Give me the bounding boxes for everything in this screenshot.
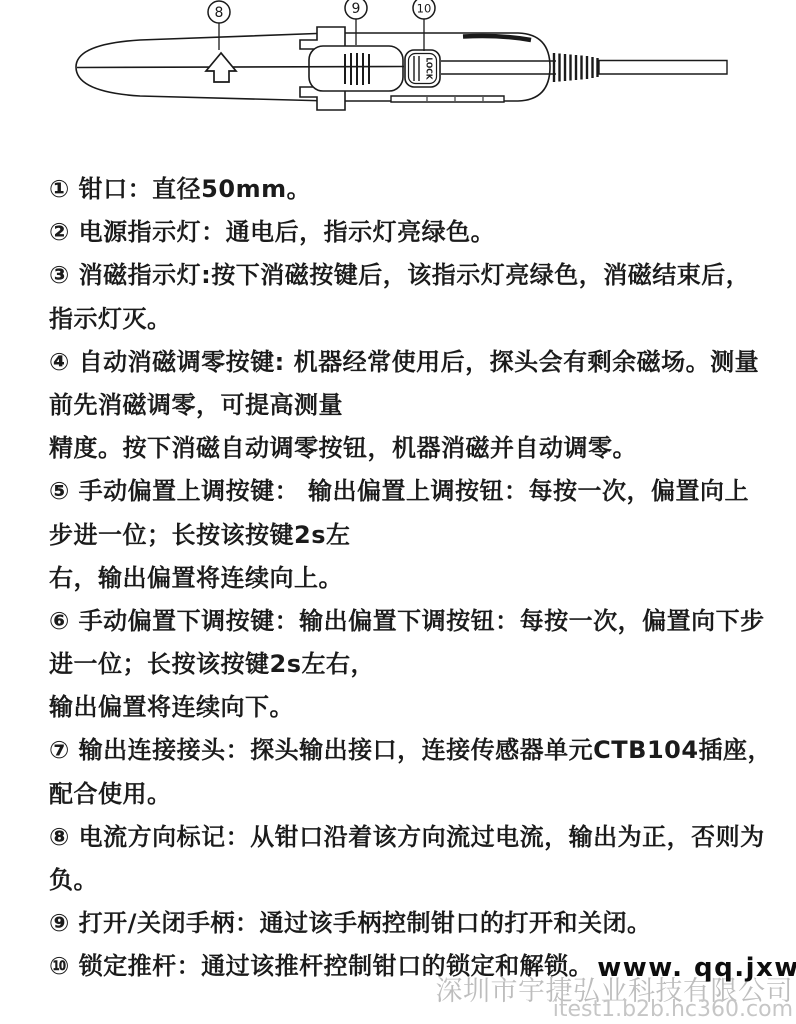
description-line-11: ⑥ 手动偏置下调按键：输出偏置下调按钮：每按一次，偏置向下步	[49, 600, 789, 643]
description-line-8: ⑤ 手动偏置上调按键： 输出偏置上调按钮：每按一次，偏置向上	[49, 470, 789, 513]
description-line-5: ④ 自动消磁调零按键: 机器经常使用后，探头会有剩余磁场。测量	[49, 341, 789, 384]
output-cable	[599, 61, 727, 75]
description-line-9: 步进一位；长按该按键2s左	[49, 514, 789, 557]
description-line-10: 右，输出偏置将连续向上。	[49, 557, 789, 600]
description-line-16: ⑧ 电流方向标记：从钳口沿着该方向流过电流，输出为正，否则为	[49, 816, 789, 859]
watermark-url: www. qq.jxwlw. cn	[597, 953, 796, 983]
description-line-14: ⑦ 输出连接接头：探头输出接口，连接传感器单元CTB104插座，	[49, 729, 789, 772]
bottom-strip	[391, 96, 504, 102]
probe-diagram: LOCK	[0, 0, 796, 140]
watermark-site: itest1.b2b.hc360.com	[553, 997, 793, 1022]
description-line-7: 精度。按下消磁自动调零按钮，机器消磁并自动调零。	[49, 427, 789, 470]
description-line-18: ⑨ 打开/关闭手柄：通过该手柄控制钳口的打开和关闭。	[49, 902, 789, 945]
description-line-12: 进一位；长按该按键2s左右，	[49, 643, 789, 686]
callout-10-number: 10	[417, 2, 432, 16]
description-line-3: ③ 消磁指示灯:按下消磁按键后，该指示灯亮绿色，消磁结束后，	[49, 254, 789, 297]
descriptions-list: ① 钳口：直径50mm。 ② 电源指示灯：通电后，指示灯亮绿色。 ③ 消磁指示灯…	[49, 168, 789, 989]
strain-relief-ribs	[554, 53, 598, 82]
callout-8-number: 8	[215, 5, 224, 21]
description-line-1: ① 钳口：直径50mm。	[49, 168, 789, 211]
description-line-17: 负。	[49, 859, 789, 902]
jaw-split-line	[77, 67, 404, 68]
callout-9-number: 9	[352, 1, 361, 17]
description-line-15: 配合使用。	[49, 773, 789, 816]
description-line-6: 前先消磁调零，可提高测量	[49, 384, 789, 427]
description-line-19-text: ⑩ 锁定推杆：通过该推杆控制钳口的锁定和解锁。	[49, 952, 593, 980]
lock-slider-label: LOCK	[425, 57, 434, 80]
description-line-19: ⑩ 锁定推杆：通过该推杆控制钳口的锁定和解锁。www. qq.jxwlw. cn	[49, 945, 789, 988]
description-line-4: 指示灯灭。	[49, 298, 789, 341]
description-line-2: ② 电源指示灯：通电后，指示灯亮绿色。	[49, 211, 789, 254]
description-line-13: 输出偏置将连续向下。	[49, 686, 789, 729]
probe-diagram-svg: LOCK	[0, 0, 796, 140]
